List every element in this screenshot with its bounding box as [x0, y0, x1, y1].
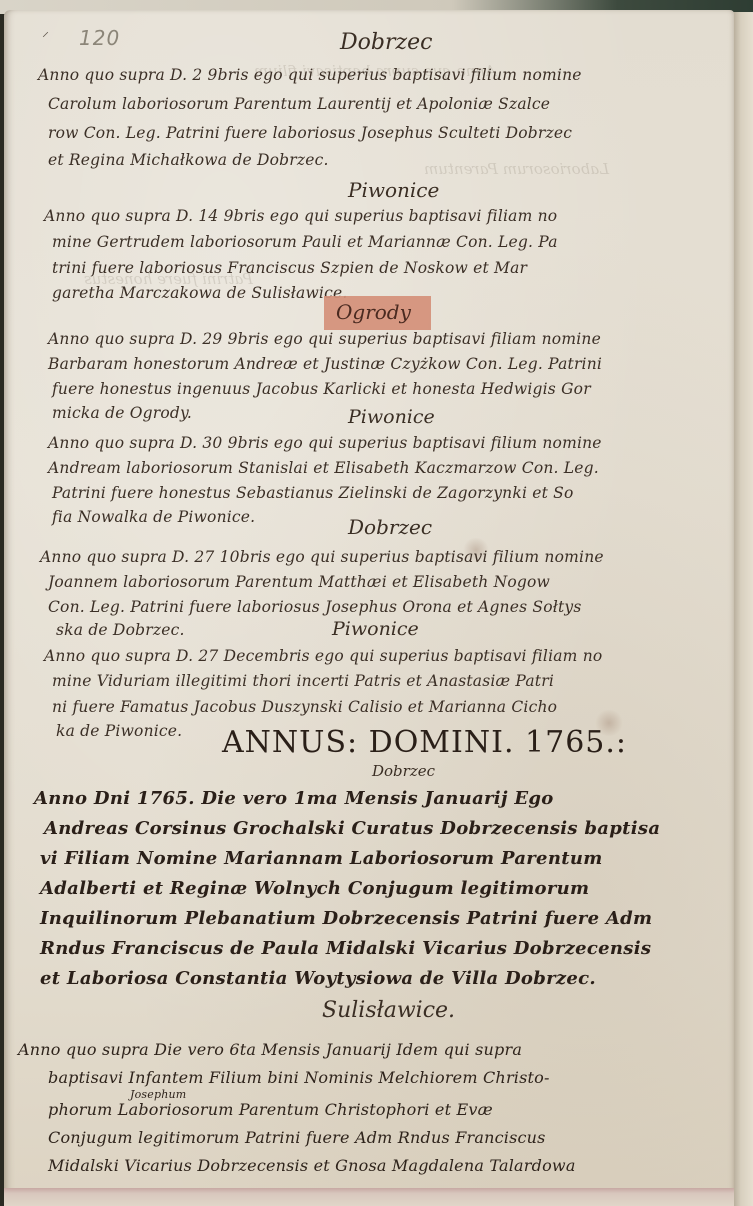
entry-line: Anno Dni 1765. Die vero 1ma Mensis Janua… — [34, 788, 554, 809]
page-bottom-edge — [4, 1188, 734, 1206]
entry-line: mine Gertrudem laboriosorum Pauli et Mar… — [52, 233, 558, 251]
entry-line: Anno quo supra D. 14 9bris ego qui super… — [44, 207, 557, 225]
entry-line: fia Nowalka de Piwonice. — [52, 508, 255, 526]
entry-line: fuere honestus ingenuus Jacobus Karlicki… — [52, 380, 591, 398]
village-heading: Dobrzec — [340, 30, 432, 55]
village-heading: Sulisławice. — [322, 998, 455, 1023]
entry-line: Patrini fuere honestus Sebastianus Zieli… — [52, 484, 574, 502]
bleed-through-text: Laboriosorum Parentum — [424, 160, 609, 178]
entry-line: Anno quo supra D. 27 10bris ego qui supe… — [40, 548, 604, 566]
entry-line: Anno quo supra D. 27 Decembris ego qui s… — [44, 647, 602, 665]
village-heading: Piwonice — [348, 178, 439, 202]
manuscript-page: Anno quo supra baptisavi filium Laborios… — [4, 10, 734, 1195]
margin-mark: ⸝ — [42, 22, 49, 41]
village-heading-highlighted: Ogrody — [336, 300, 411, 324]
entry-line: Inquilinorum Plebanatium Dobrzecensis Pa… — [40, 908, 652, 929]
entry-line: Anno quo supra Die vero 6ta Mensis Janua… — [18, 1040, 522, 1059]
village-heading: Piwonice — [348, 406, 435, 428]
village-heading: Dobrzec — [348, 515, 432, 539]
entry-line: baptisavi Infantem Filium bini Nominis M… — [48, 1068, 550, 1087]
entry-line: Barbaram honestorum Andreæ et Justinæ Cz… — [48, 355, 602, 373]
entry-line: Conjugum legitimorum Patrini fuere Adm R… — [48, 1128, 546, 1147]
entry-line: Anno quo supra D. 29 9bris ego qui super… — [48, 330, 601, 348]
entry-line: Anno quo supra D. 30 9bris ego qui super… — [48, 434, 602, 452]
village-heading: Piwonice — [332, 618, 419, 640]
entry-line: Rndus Franciscus de Paula Midalski Vicar… — [40, 938, 651, 959]
entry-line: ska de Dobrzec. — [56, 621, 185, 639]
entry-line: vi Filiam Nomine Mariannam Laboriosorum … — [40, 848, 603, 869]
entry-line: et Laboriosa Constantia Woytysiowa de Vi… — [40, 968, 596, 989]
year-heading: ANNUS: DOMINI. 1765.: — [222, 725, 627, 760]
entry-line: mine Viduriam illegitimi thori incerti P… — [52, 672, 554, 690]
entry-line: Anno quo supra D. 2 9bris ego qui superi… — [38, 66, 582, 84]
entry-line: trini fuere laboriosus Franciscus Szpien… — [52, 259, 527, 277]
entry-line: Adalberti et Reginæ Wolnych Conjugum leg… — [40, 878, 589, 899]
village-heading: Dobrzec — [372, 762, 435, 780]
page-number: 120 — [79, 26, 120, 50]
entry-line: row Con. Leg. Patrini fuere laboriosus J… — [48, 124, 572, 142]
entry-line: Joannem laboriosorum Parentum Matthæi et… — [48, 573, 550, 591]
entry-line: phorum Laboriosorum Parentum Christophor… — [48, 1100, 493, 1119]
entry-line: et Regina Michałkowa de Dobrzec. — [48, 151, 329, 169]
entry-line: micka de Ogrody. — [52, 404, 192, 422]
entry-line: Con. Leg. Patrini fuere laboriosus Josep… — [48, 598, 582, 616]
entry-line: Andream laboriosorum Stanislai et Elisab… — [48, 459, 599, 477]
entry-line: garetha Marczakowa de Sulisławice. — [52, 284, 347, 302]
entry-line: Midalski Vicarius Dobrzecensis et Gnosa … — [48, 1156, 576, 1175]
facing-page-edge — [733, 12, 753, 1206]
entry-line: Carolum laboriosorum Parentum Laurentij … — [48, 95, 550, 113]
entry-line: ni fuere Famatus Jacobus Duszynski Calis… — [52, 698, 557, 716]
entry-line: ka de Piwonice. — [56, 722, 182, 740]
entry-line: Andreas Corsinus Grochalski Curatus Dobr… — [44, 818, 660, 839]
